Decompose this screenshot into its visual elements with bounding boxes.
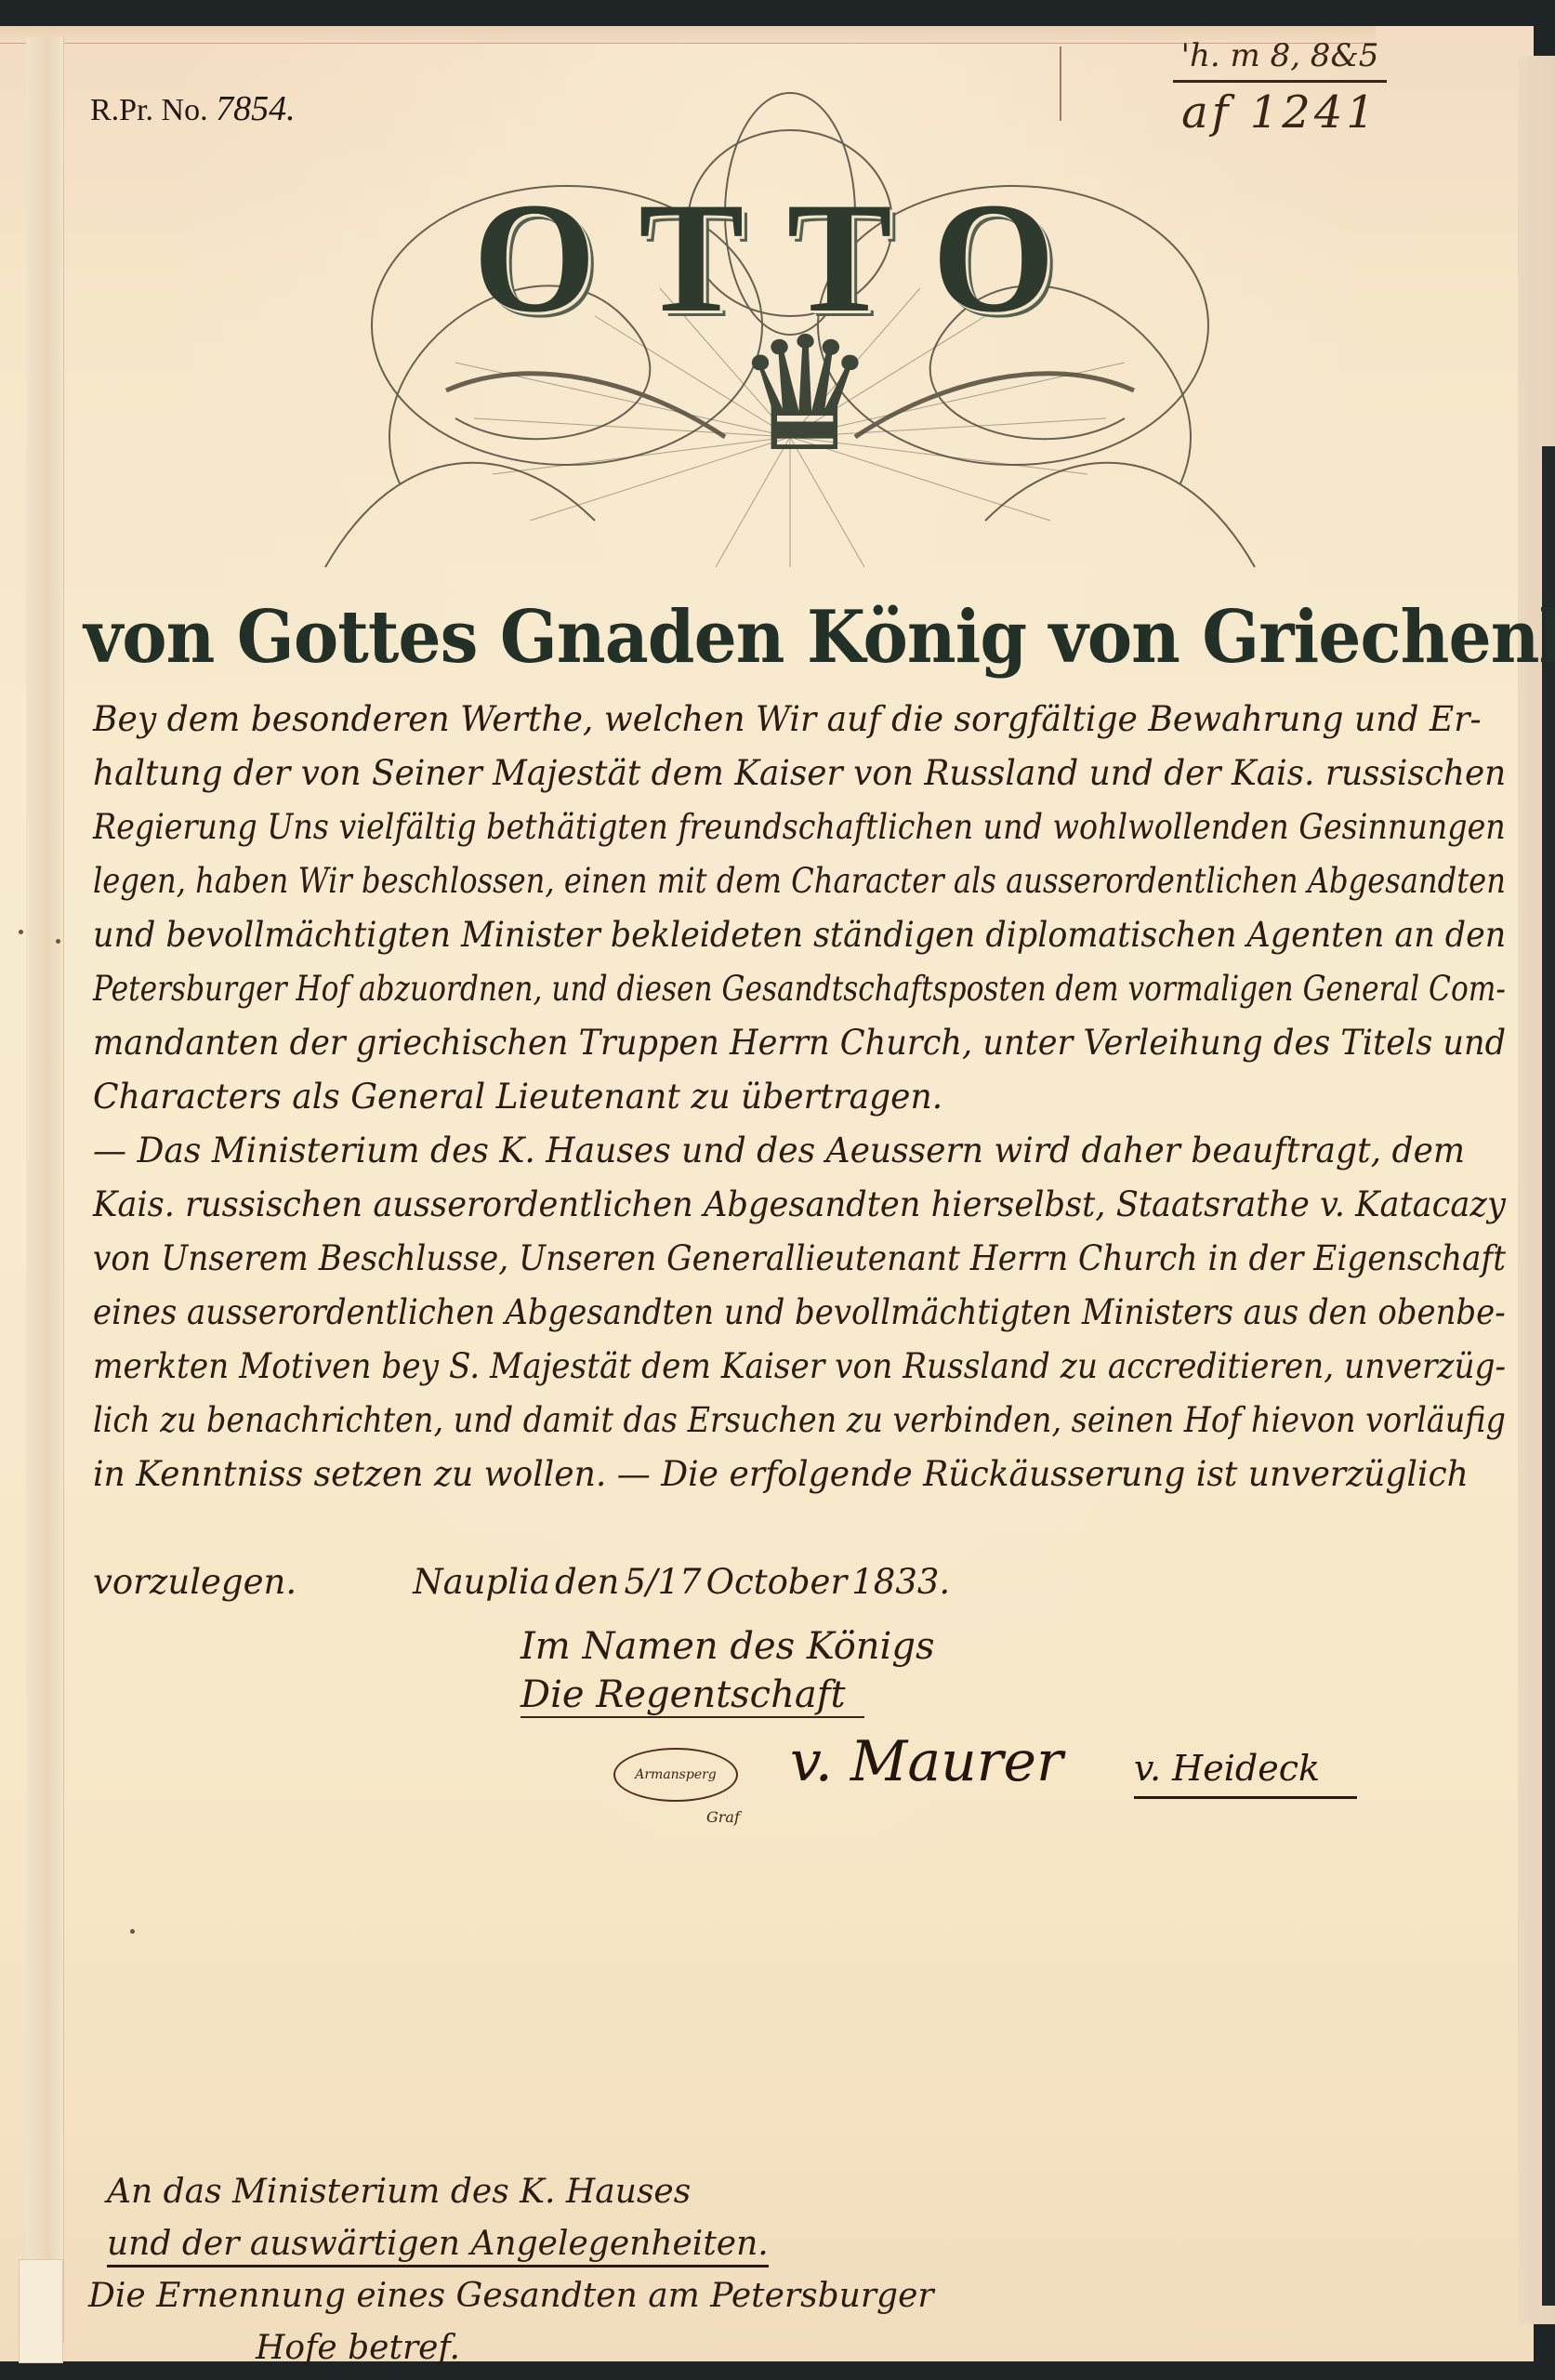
body-line: eines ausserordentlichen Abgesandten und… bbox=[93, 1286, 1422, 1340]
date-den: den bbox=[555, 1562, 619, 1602]
subject-line2: Hofe betref. bbox=[256, 2322, 934, 2374]
regency-label: Die Regentschaft bbox=[521, 1673, 864, 1718]
signature-heideck: v. Heideck bbox=[1134, 1748, 1357, 1799]
body-line: lich zu benachrichten, und damit das Ers… bbox=[93, 1394, 1403, 1448]
binding-fold bbox=[26, 37, 64, 2343]
paper-speck bbox=[56, 939, 60, 944]
body-line: legen, haben Wir beschlossen, einen mit … bbox=[93, 854, 1354, 908]
decree-body: Bey dem besonderen Werthe, welchen Wir a… bbox=[93, 693, 1543, 1501]
registry-prefix: R.Pr. No. bbox=[90, 93, 208, 127]
archive-reference-line1: 'h. m 8, 8&5 bbox=[1173, 37, 1387, 83]
closing-word: vorzulegen. bbox=[93, 1562, 297, 1602]
place-date-line: vorzulegen. Nauplia den 5/17 October 183… bbox=[93, 1562, 1394, 1602]
body-line: Characters als General Lieutenant zu übe… bbox=[93, 1070, 1506, 1124]
body-line: Kais. russischen ausserordentlichen Abge… bbox=[93, 1178, 1474, 1232]
royal-title: von Gottes Gnaden König von Griechenland bbox=[84, 595, 1432, 680]
body-line: — Das Ministerium des K. Hauses und des … bbox=[93, 1124, 1506, 1178]
registry-value: 7854. bbox=[216, 89, 296, 128]
signature-armansperg-title: Graf bbox=[706, 1808, 740, 1826]
body-line: und bevollmächtigten Minister bekleidete… bbox=[93, 908, 1460, 962]
body-line: mandanten der griechischen Truppen Herrn… bbox=[93, 1016, 1469, 1070]
body-line: Bey dem besonderen Werthe, welchen Wir a… bbox=[93, 693, 1506, 747]
date-month: October bbox=[706, 1562, 847, 1602]
crown-icon: ♛ bbox=[734, 316, 876, 474]
subject-line1: Die Ernennung eines Gesandten am Petersb… bbox=[88, 2270, 934, 2322]
signature-armansperg: Armansperg bbox=[613, 1748, 738, 1802]
body-line: haltung der von Seiner Majestät dem Kais… bbox=[93, 747, 1498, 800]
body-line: in Kenntniss setzen zu wollen. — Die erf… bbox=[93, 1448, 1506, 1501]
body-line: Regierung Uns vielfältig bethätigten fre… bbox=[93, 800, 1399, 854]
paper-top-edge bbox=[0, 26, 1376, 44]
address-line2: und der auswärtigen Angelegenheiten. bbox=[107, 2218, 769, 2268]
body-line: von Unserem Beschlusse, Unseren Generall… bbox=[93, 1232, 1441, 1286]
body-line: Petersburger Hof abzuordnen, und diesen … bbox=[93, 962, 1317, 1016]
address-line1: An das Ministerium des K. Hauses bbox=[107, 2166, 934, 2218]
place: Nauplia bbox=[413, 1562, 550, 1602]
in-name-of-king: Im Namen des Königs bbox=[521, 1625, 934, 1673]
paper-speck bbox=[19, 930, 23, 934]
background-edge bbox=[1542, 446, 1555, 2306]
date-day: 5/17 bbox=[624, 1562, 701, 1602]
date-year: 1833. bbox=[851, 1562, 950, 1602]
address-block: An das Ministerium des K. Hauses und der… bbox=[107, 2166, 934, 2374]
binding-tab bbox=[19, 2259, 63, 2363]
paper-speck bbox=[130, 1929, 135, 1934]
body-line: merkten Motiven bey S. Majestät dem Kais… bbox=[93, 1340, 1438, 1394]
registry-number: R.Pr. No. 7854. bbox=[90, 88, 296, 129]
signature-maurer: v. Maurer bbox=[790, 1729, 1063, 1794]
closing-formula: Im Namen des Königs Die Regentschaft bbox=[521, 1625, 934, 1722]
